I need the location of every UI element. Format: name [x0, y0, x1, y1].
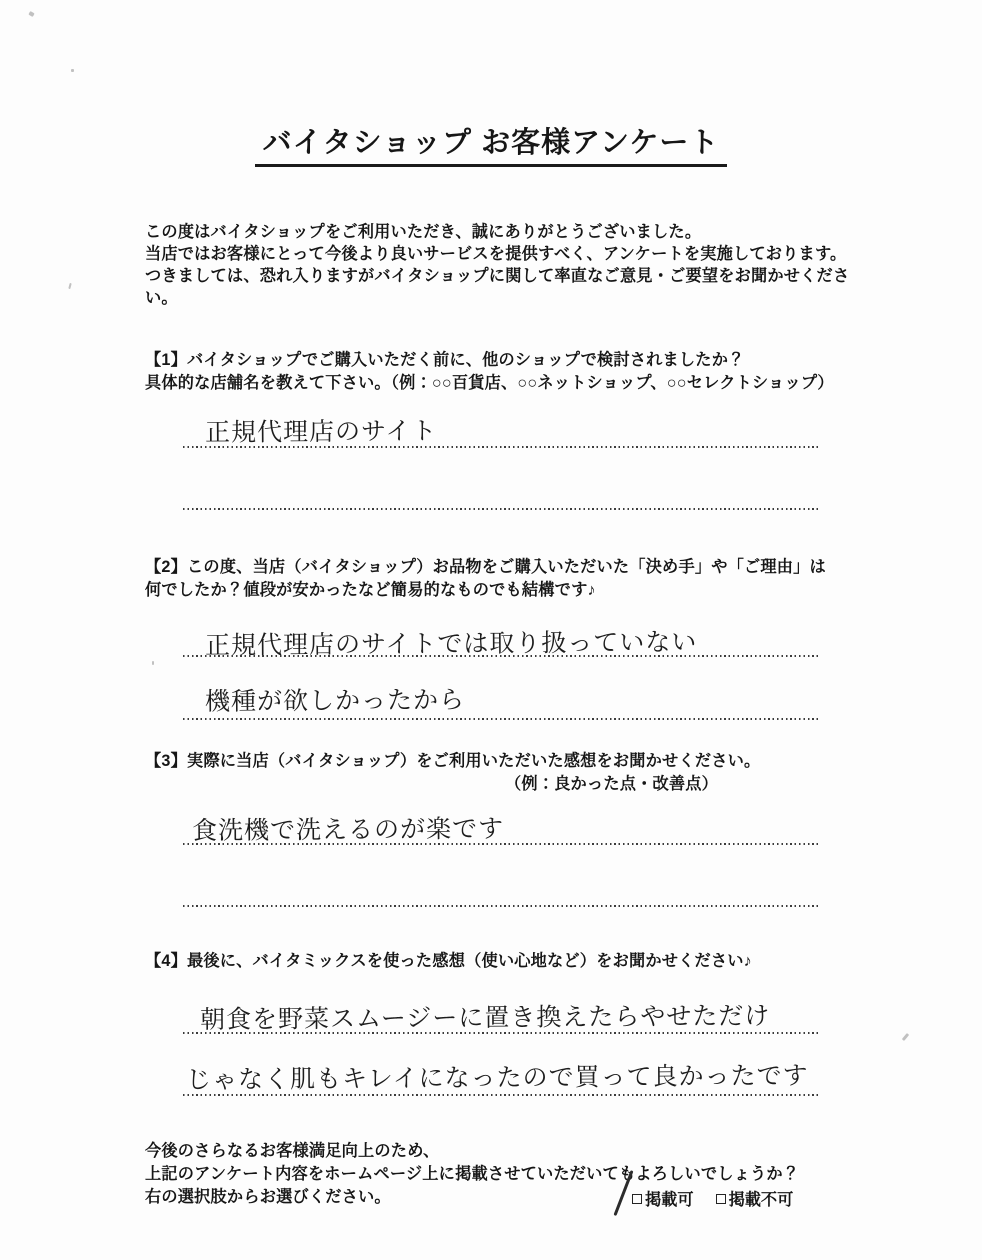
scan-artifact [902, 1033, 909, 1041]
question-1-label: 【1】バイタショップでご購入いただく前に、他のショップで検討されましたか？ 具体… [145, 349, 834, 395]
option-publish-ok[interactable]: 掲載可 [632, 1186, 694, 1210]
answer-line-rule [183, 655, 821, 657]
answer-line-rule [183, 508, 821, 510]
scan-artifact [152, 661, 154, 665]
answer-line-rule [183, 446, 821, 448]
publication-options: 掲載可 掲載不可 [632, 1186, 793, 1210]
footer-line1: 今後のさらなるお客様満足向上のため、 [145, 1140, 799, 1163]
question-3-line1: 【3】実際に当店（バイタショップ）をご利用いただいた感想をお聞かせください。 [145, 750, 760, 773]
question-3-label: 【3】実際に当店（バイタショップ）をご利用いただいた感想をお聞かせください。 [145, 750, 760, 773]
question-2-line2: 何でしたか？値段が安かったなど簡易的なものでも結構です♪ [145, 579, 826, 602]
answer-4-handwriting-line2: じゃなく肌もキレイになったので買って良かったです [186, 1056, 809, 1096]
page-title-text: バイタショップ お客様アンケート [255, 127, 728, 167]
answer-line-rule [183, 718, 821, 720]
question-3-example: （例：良かった点・改善点） [505, 773, 718, 796]
question-2-line1: 【2】この度、当店（バイタショップ）お品物をご購入いただいた「決め手」や「ご理由… [145, 556, 826, 579]
intro-line: つきましては、恐れ入りますがバイタショップに関して率直なご意見・ご要望をお聞かせ… [145, 265, 849, 287]
intro-line: この度はバイタショップをご利用いただき、誠にありがとうございました。 [145, 221, 849, 243]
option-publish-no-label: 掲載不可 [729, 1191, 794, 1209]
answer-4-handwriting-line1: 朝食を野菜スムージーに置き換えたらやせただけ [200, 996, 771, 1036]
question-1-line1: 【1】バイタショップでご購入いただく前に、他のショップで検討されましたか？ [145, 349, 834, 372]
question-2-label: 【2】この度、当店（バイタショップ）お品物をご購入いただいた「決め手」や「ご理由… [145, 556, 826, 602]
answer-line-rule [183, 905, 821, 907]
survey-document: バイタショップ お客様アンケート この度はバイタショップをご利用いただき、誠にあ… [0, 0, 982, 1260]
footer-line2: 上記のアンケート内容をホームページ上に掲載させていただいてもよろしいでしょうか？ [145, 1163, 799, 1186]
intro-paragraph: この度はバイタショップをご利用いただき、誠にありがとうございました。 当店ではお… [145, 221, 849, 309]
scan-artifact [68, 283, 71, 289]
answer-line-rule [183, 843, 821, 845]
answer-line-rule [183, 1032, 821, 1034]
answer-line-rule [183, 1094, 821, 1096]
answer-1-handwriting: 正規代理店のサイト [205, 411, 438, 449]
option-publish-ok-label: 掲載可 [645, 1191, 694, 1209]
scan-artifact [28, 11, 34, 17]
question-4-label: 【4】最後に、バイタミックスを使った感想（使い心地など）をお聞かせください♪ [145, 950, 752, 973]
question-1-line2: 具体的な店舗名を教えて下さい。（例：○○百貨店、○○ネットショップ、○○セレクト… [145, 372, 834, 395]
page-title: バイタショップ お客様アンケート [0, 120, 982, 161]
answer-2-handwriting-line2: 機種が欲しかったから [205, 680, 465, 718]
answer-3-handwriting: 食洗機で洗えるのが楽です [192, 809, 504, 847]
checkbox-publish-ok[interactable] [632, 1194, 642, 1204]
intro-line: 当店ではお客様にとって今後より良いサービスを提供すべく、アンケートを実施しており… [145, 243, 849, 265]
checkbox-publish-no[interactable] [716, 1194, 726, 1204]
intro-line: い。 [145, 287, 849, 309]
scan-artifact [71, 69, 74, 72]
option-publish-no[interactable]: 掲載不可 [716, 1186, 794, 1210]
